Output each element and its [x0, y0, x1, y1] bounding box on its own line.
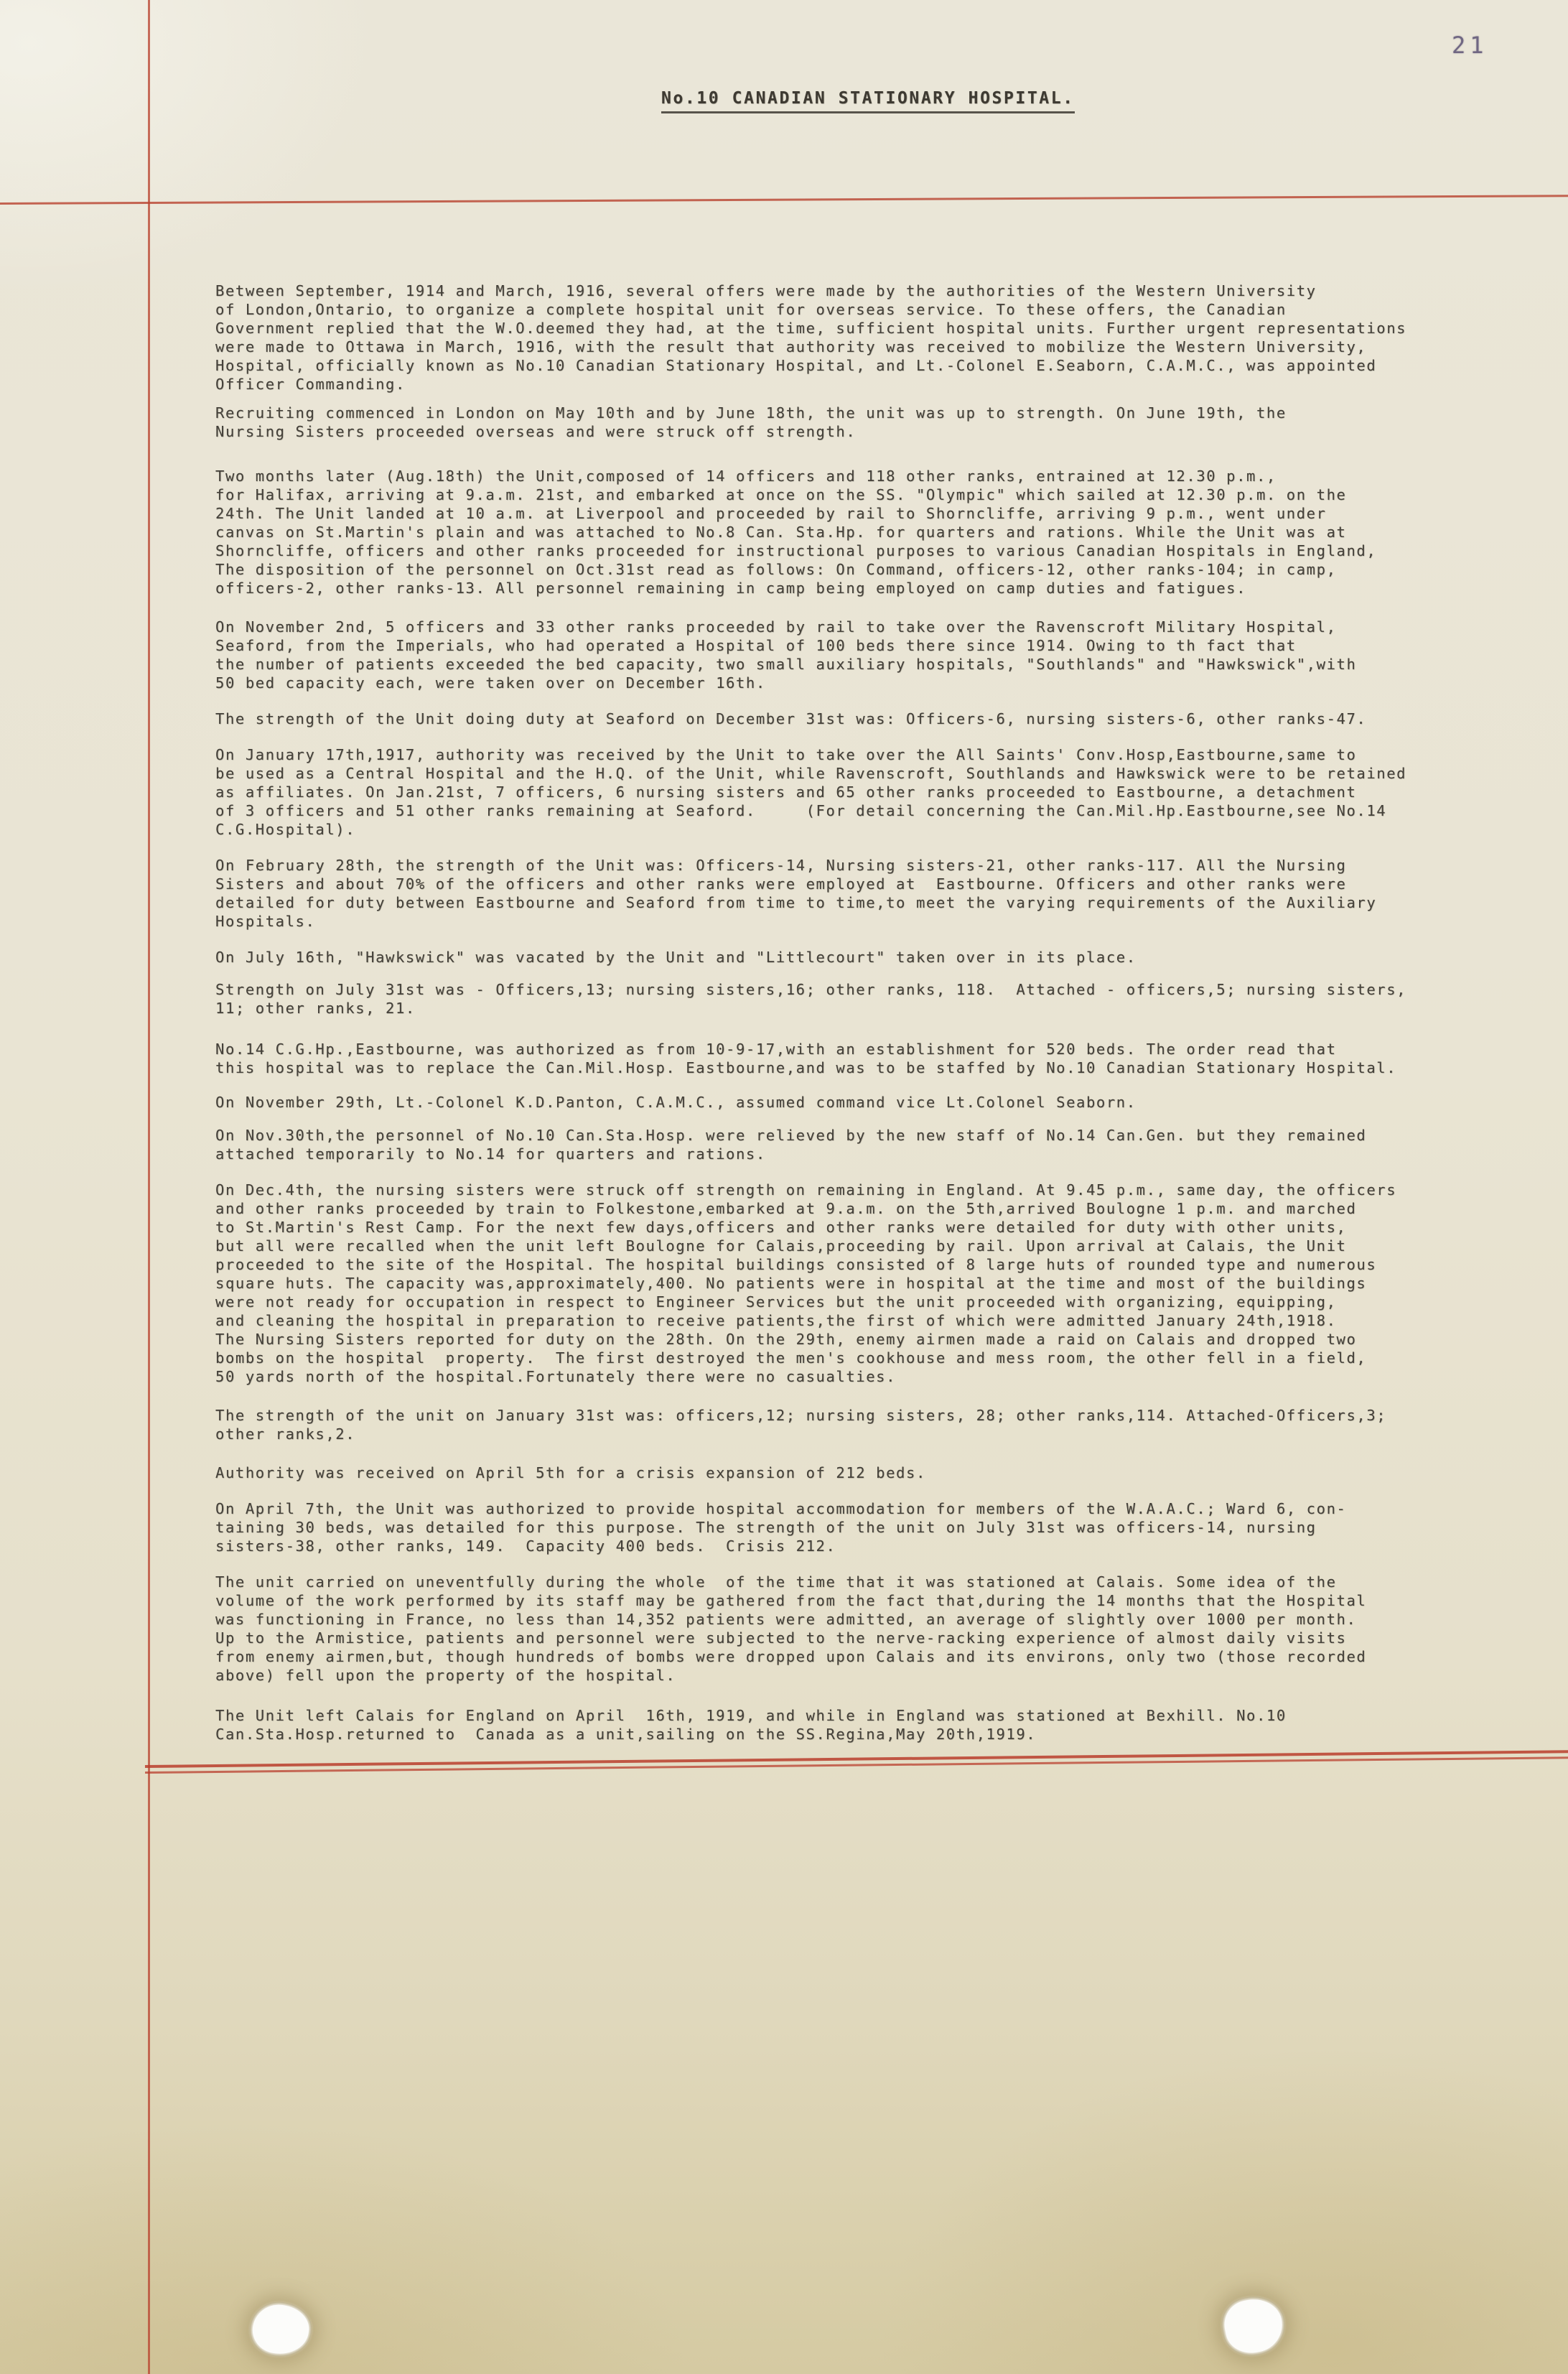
paragraph-eastbourne-takeover: On January 17th,1917, authority was rece…: [215, 745, 1522, 839]
document-page: 21 No.10 CANADIAN STATIONARY HOSPITAL. B…: [0, 0, 1568, 2374]
red-margin-line-vertical: [148, 0, 150, 2374]
paragraph-strength-february: On February 28th, the strength of the Un…: [215, 856, 1522, 931]
paragraph-strength-july: Strength on July 31st was - Officers,13;…: [215, 980, 1522, 1018]
paragraph-personnel-relieved: On Nov.30th,the personnel of No.10 Can.S…: [215, 1126, 1522, 1163]
paragraph-waac-accommodation: On April 7th, the Unit was authorized to…: [215, 1499, 1522, 1555]
paragraph-calais-summary: The unit carried on uneventfully during …: [215, 1573, 1522, 1685]
paragraph-hawkswick-vacated: On July 16th, "Hawkswick" was vacated by…: [215, 948, 1522, 967]
paper-hole-right: [1220, 2294, 1287, 2357]
paragraph-ravenscroft: On November 2nd, 5 officers and 33 other…: [215, 618, 1522, 692]
paper-hole-left: [250, 2301, 312, 2357]
paragraph-command-change: On November 29th, Lt.-Colonel K.D.Panton…: [215, 1093, 1522, 1112]
paragraph-founding-offers: Between September, 1914 and March, 1916,…: [215, 281, 1522, 394]
red-header-rule-horizontal: [0, 195, 1568, 205]
paragraph-strength-january: The strength of the unit on January 31st…: [215, 1406, 1522, 1443]
paragraph-return-to-canada: The Unit left Calais for England on Apri…: [215, 1706, 1522, 1744]
page-title: No.10 CANADIAN STATIONARY HOSPITAL.: [661, 89, 1075, 113]
paragraph-recruiting: Recruiting commenced in London on May 10…: [215, 404, 1522, 441]
paragraph-crisis-expansion: Authority was received on April 5th for …: [215, 1463, 1522, 1482]
paragraph-move-to-calais: On Dec.4th, the nursing sisters were str…: [215, 1181, 1522, 1386]
paragraph-embarkation: Two months later (Aug.18th) the Unit,com…: [215, 467, 1522, 597]
paragraph-strength-december: The strength of the Unit doing duty at S…: [215, 709, 1522, 728]
red-closing-double-rule: [145, 1750, 1568, 1774]
page-number-stamp: 21: [1452, 32, 1488, 59]
paragraph-no14-authorized: No.14 C.G.Hp.,Eastbourne, was authorized…: [215, 1040, 1522, 1077]
